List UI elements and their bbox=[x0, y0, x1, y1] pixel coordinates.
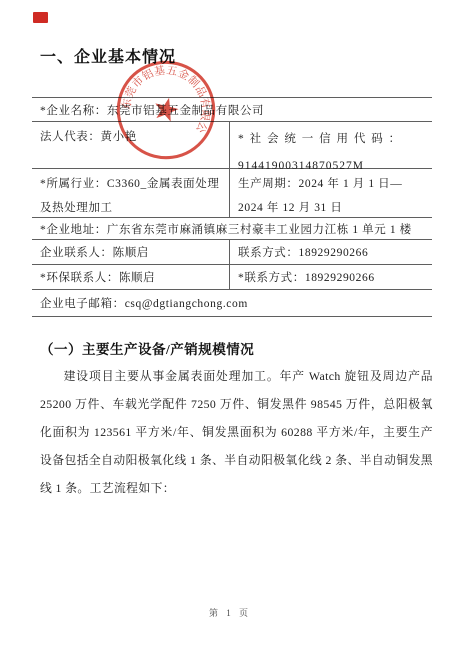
env-contact-person-cell: *环保联系人：陈顺启 bbox=[32, 265, 230, 289]
document-page: 一、企业基本情况 *企业名称：东莞市铝基五金制品有限公司 法人代表：黄小艳 * … bbox=[0, 0, 460, 650]
table-row-env-contact: *环保联系人：陈顺启 *联系方式：18929290266 bbox=[32, 265, 432, 290]
address-cell: *企业地址：广东省东莞市麻涌镇麻三村豪丰工业园力江栋 1 单元 1 楼 bbox=[32, 218, 432, 239]
page-number: 第 1 页 bbox=[0, 606, 460, 619]
red-scan-mark bbox=[33, 12, 48, 23]
table-row-address: *企业地址：广东省东莞市麻涌镇麻三村豪丰工业园力江栋 1 单元 1 楼 bbox=[32, 218, 432, 240]
email-cell: 企业电子邮箱：csq@dgtiangchong.com bbox=[32, 290, 432, 316]
credit-code-label: * 社 会 统 一 信 用 代 码 ： bbox=[238, 126, 424, 153]
production-period-text: 生产周期：2024 年 1 月 1 日—2024 年 12 月 31 日 bbox=[238, 169, 424, 220]
company-name-cell: *企业名称：东莞市铝基五金制品有限公司 bbox=[32, 98, 432, 121]
section-production-title: （一）主要生产设备/产销规模情况 bbox=[40, 338, 254, 358]
contact-phone-cell: 联系方式：18929290266 bbox=[230, 240, 432, 264]
production-period-cell: 生产周期：2024 年 1 月 1 日—2024 年 12 月 31 日 bbox=[230, 169, 432, 217]
contact-person-cell: 企业联系人：陈顺启 bbox=[32, 240, 230, 264]
table-row-industry: *所属行业：C3360_金属表面处理及热处理加工 生产周期：2024 年 1 月… bbox=[32, 169, 432, 218]
legal-rep-cell: 法人代表：黄小艳 bbox=[32, 122, 230, 168]
table-row-legal-rep: 法人代表：黄小艳 * 社 会 统 一 信 用 代 码 ： 91441900314… bbox=[32, 122, 432, 169]
table-row-email: 企业电子邮箱：csq@dgtiangchong.com bbox=[32, 290, 432, 317]
table-row-contact: 企业联系人：陈顺启 联系方式：18929290266 bbox=[32, 240, 432, 265]
env-contact-phone-cell: *联系方式：18929290266 bbox=[230, 265, 432, 289]
credit-code-cell: * 社 会 统 一 信 用 代 码 ： 91441900314870527M bbox=[230, 122, 432, 168]
table-row-company-name: *企业名称：东莞市铝基五金制品有限公司 bbox=[32, 98, 432, 122]
section-basic-title: 一、企业基本情况 bbox=[40, 44, 176, 67]
legal-rep-text: 法人代表：黄小艳 bbox=[40, 122, 137, 149]
production-paragraph: 建设项目主要从事金属表面处理加工。年产 Watch 旋钮及周边产品 25200 … bbox=[40, 362, 433, 502]
industry-cell: *所属行业：C3360_金属表面处理及热处理加工 bbox=[32, 169, 230, 217]
industry-text: *所属行业：C3360_金属表面处理及热处理加工 bbox=[40, 169, 221, 220]
company-info-table: *企业名称：东莞市铝基五金制品有限公司 法人代表：黄小艳 * 社 会 统 一 信… bbox=[32, 97, 432, 317]
